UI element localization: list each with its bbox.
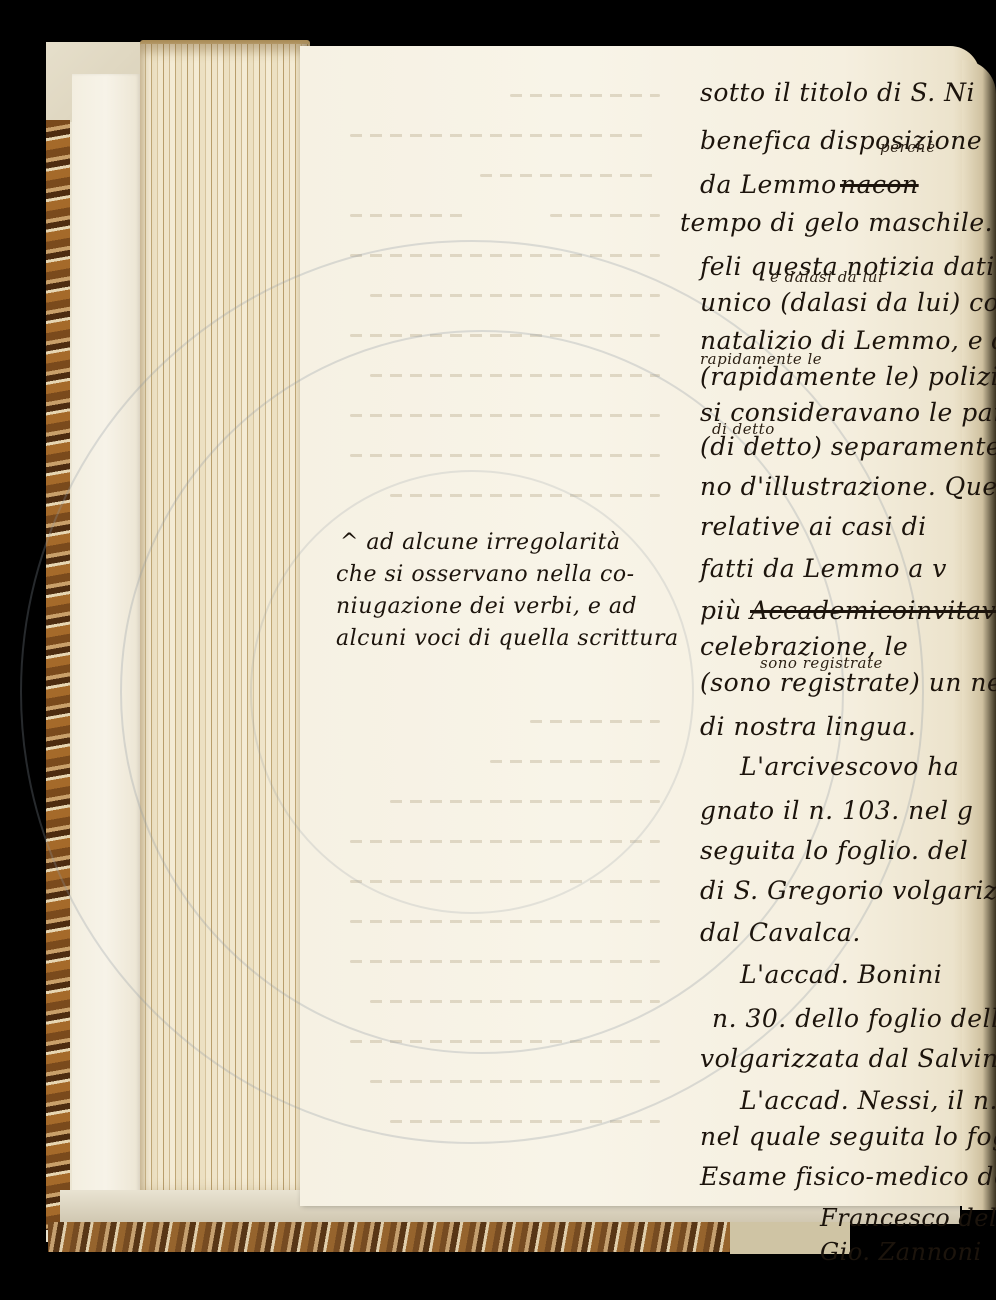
note-line: ^ ad alcune irregolarità — [340, 530, 621, 555]
text-line: no d'illustrazione. Queste — [700, 472, 996, 501]
text-line: (rapidamente le) polizie vicende di — [700, 362, 996, 391]
struck-word: Accademicoinvitava — [750, 596, 996, 625]
interlinear-insertion: e dalasi da lui — [770, 268, 883, 286]
text-line: (sono registrate) un nel — [700, 668, 996, 697]
text-line: gnato il n. 103. nel g — [700, 796, 973, 825]
text-line: nel quale seguita lo foglio — [700, 1122, 996, 1151]
text-line: unico (dalasi da lui) conserva — [700, 288, 996, 317]
text-line: tempo di gelo maschile. — [680, 208, 993, 237]
text-line: n. 30. dello foglio dell — [712, 1004, 996, 1033]
note-line: niugazione dei verbi, e ad — [336, 594, 637, 619]
text-line: da Lemmo — [700, 170, 837, 199]
flyleaf — [72, 74, 140, 1204]
text-line: L'arcivescovo ha — [740, 752, 959, 781]
text-line: volgarizzata dal Salvini; — [700, 1044, 996, 1073]
signature-line: Gio. Zannoni — [820, 1238, 982, 1266]
stacked-page-block — [140, 44, 310, 1204]
text-line: benefica disposizione — [700, 126, 982, 155]
text-line: L'accad. Nessi, il n. — [740, 1086, 996, 1115]
text-line: fatti da Lemmo a v — [700, 554, 947, 583]
text-line: L'accad. Bonini — [740, 960, 942, 989]
text-line: relative ai casi di — [700, 512, 927, 541]
text-line: di nostra lingua. — [700, 712, 916, 741]
text-line: più — [700, 596, 742, 625]
text-line: seguita lo foglio. del — [700, 836, 968, 865]
signature-line: Francesco del Fu — [820, 1204, 996, 1232]
note-line: che si osservano nella co- — [336, 562, 635, 587]
marbled-board-bottom — [48, 1222, 778, 1252]
interlinear-insertion: perchè — [880, 138, 936, 156]
note-line: alcuni voci di quella scrittura — [336, 626, 679, 651]
manuscript-photo: sotto il titolo di S. Ni benefica dispos… — [0, 0, 996, 1300]
text-line: dal Cavalca. — [700, 918, 861, 947]
text-line: Esame fisico-medico del Salvi — [700, 1162, 996, 1191]
struck-word: nacon — [840, 170, 919, 199]
text-line: sotto il titolo di S. Ni — [700, 78, 975, 107]
marbled-board-left — [46, 120, 70, 1230]
text-line: (di detto) separamente dell'u — [700, 432, 996, 461]
text-line: di S. Gregorio volgarizza — [700, 876, 996, 905]
